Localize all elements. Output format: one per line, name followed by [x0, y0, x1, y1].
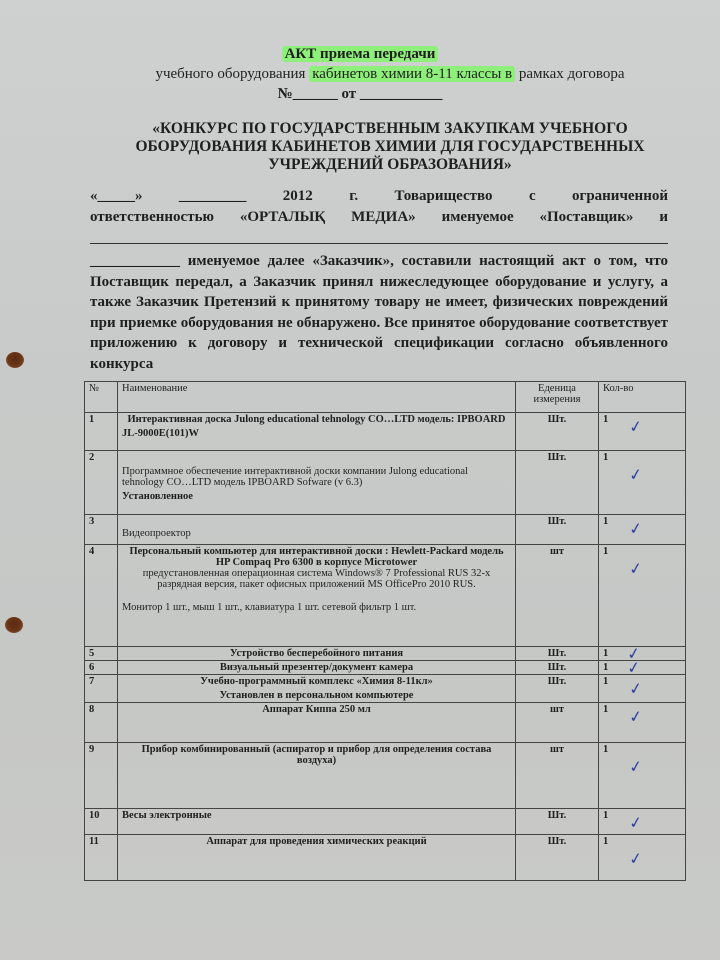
item-name: Визуальный презентер/документ камера [122, 662, 511, 673]
item-note: Монитор 1 шт., мыш 1 шт., клавиатура 1 ш… [122, 602, 511, 613]
row-number: 3 [85, 515, 118, 545]
table-header-row: № Наименование Еденица измерения Кол-во [85, 382, 686, 413]
qty-value: 1 [603, 676, 608, 687]
row-name-cell: Аппарат для проведения химических реакци… [118, 835, 516, 881]
table-row: 11Аппарат для проведения химических реак… [85, 835, 686, 881]
item-name: Видеопроектор [122, 528, 511, 539]
row-unit: Шт. [516, 835, 599, 881]
row-qty: 1✓ [599, 835, 686, 881]
equipment-table: № Наименование Еденица измерения Кол-во … [84, 381, 686, 881]
row-number: 5 [85, 647, 118, 661]
intro-line-1: «_____» _________ 2012 г. Товарищество с… [90, 186, 668, 207]
row-name-cell: Аппарат Киппа 250 мл [118, 703, 516, 743]
row-unit: Шт. [516, 647, 599, 661]
qty-value: 1 [603, 516, 608, 527]
row-unit: шт [516, 703, 599, 743]
subtitle-pre: учебного оборудования [155, 66, 309, 82]
row-qty: 1✓ [599, 661, 686, 675]
row-number: 7 [85, 675, 118, 703]
row-qty: 1✓ [599, 515, 686, 545]
row-qty: 1✓ [599, 545, 686, 647]
row-unit: Шт. [516, 675, 599, 703]
row-qty: 1✓ [599, 451, 686, 515]
item-name: Устройство бесперебойного питания [122, 648, 511, 659]
row-name-cell: Интерактивная доска Julong educational t… [118, 413, 516, 451]
row-name-cell: Визуальный презентер/документ камера [118, 661, 516, 675]
row-number: 4 [85, 545, 118, 647]
qty-value: 1 [603, 452, 608, 463]
handwritten-check-icon: ✓ [628, 464, 644, 485]
act-title: АКТ приема передачи [0, 46, 720, 63]
row-name-cell: Персональный компьютер для интерактивной… [118, 545, 516, 647]
handwritten-check-icon: ✓ [628, 558, 644, 579]
table-row: 7Учебно-программный комплекс «Химия 8-11… [85, 675, 686, 703]
row-unit: Шт. [516, 515, 599, 545]
table-row: 1Интерактивная доска Julong educational … [85, 413, 686, 451]
row-name-cell: Устройство бесперебойного питания [118, 647, 516, 661]
act-subtitle: учебного оборудования кабинетов химии 8-… [90, 66, 690, 83]
item-name: Прибор комбинированный (аспиратор и приб… [122, 744, 511, 766]
header-name: Наименование [118, 382, 516, 413]
row-number: 9 [85, 743, 118, 809]
row-unit: Шт. [516, 809, 599, 835]
contest-title: «КОНКУРС ПО ГОСУДАРСТВЕННЫМ ЗАКУПКАМ УЧЕ… [90, 120, 690, 174]
subtitle-post: рамках договора [515, 66, 624, 82]
qty-value: 1 [603, 836, 608, 847]
table-row: 8Аппарат Киппа 250 млшт1✓ [85, 703, 686, 743]
item-note: Установлен в персональном компьютере [122, 690, 511, 701]
qty-value: 1 [603, 744, 608, 755]
row-name-cell: Программное обеспечение интерактивной до… [118, 451, 516, 515]
row-unit: шт [516, 545, 599, 647]
row-unit: Шт. [516, 413, 599, 451]
item-detail: предустановленная операционная система W… [122, 568, 511, 590]
row-number: 10 [85, 809, 118, 835]
row-qty: 1✓ [599, 413, 686, 451]
punch-hole [5, 617, 23, 633]
item-name: Программное обеспечение интерактивной до… [122, 466, 511, 488]
qty-value: 1 [603, 546, 608, 557]
row-name-cell: Весы электронные [118, 809, 516, 835]
qty-value: 1 [603, 414, 608, 425]
item-name: Весы электронные [122, 810, 511, 821]
item-name: Аппарат для проведения химических реакци… [122, 836, 511, 847]
item-name: Учебно-программный комплекс «Химия 8-11к… [122, 676, 511, 687]
handwritten-check-icon: ✓ [628, 518, 644, 539]
row-unit: Шт. [516, 451, 599, 515]
contract-number-line: №______ от ___________ [0, 86, 720, 103]
item-name: Аппарат Киппа 250 мл [122, 704, 511, 715]
row-qty: 1✓ [599, 647, 686, 661]
qty-value: 1 [603, 704, 608, 715]
row-qty: 1✓ [599, 675, 686, 703]
row-number: 11 [85, 835, 118, 881]
header-num: № [85, 382, 118, 413]
row-name-cell: Учебно-программный комплекс «Химия 8-11к… [118, 675, 516, 703]
item-note: Установленное [122, 491, 511, 502]
row-number: 2 [85, 451, 118, 515]
qty-value: 1 [603, 648, 608, 659]
row-name-cell: Прибор комбинированный (аспиратор и приб… [118, 743, 516, 809]
row-number: 1 [85, 413, 118, 451]
row-qty: 1✓ [599, 703, 686, 743]
table-row: 5Устройство бесперебойного питанияШт.1✓ [85, 647, 686, 661]
punch-hole [6, 352, 24, 368]
row-name-cell: Видеопроектор [118, 515, 516, 545]
qty-value: 1 [603, 662, 608, 673]
scanned-document-page: АКТ приема передачи учебного оборудовани… [0, 0, 720, 960]
blank-line [90, 243, 668, 244]
item-name: Персональный компьютер для интерактивной… [122, 546, 511, 568]
item-name: Интерактивная доска Julong educational t… [122, 414, 511, 425]
table-row: 4Персональный компьютер для интерактивно… [85, 545, 686, 647]
subtitle-highlight: кабинетов химии 8-11 классы в [309, 66, 515, 82]
row-qty: 1✓ [599, 809, 686, 835]
handwritten-check-icon: ✓ [628, 678, 644, 699]
table-row: 2Программное обеспечение интерактивной д… [85, 451, 686, 515]
table-row: 10Весы электронныеШт.1✓ [85, 809, 686, 835]
row-number: 6 [85, 661, 118, 675]
qty-value: 1 [603, 810, 608, 821]
act-body-paragraph: ____________ именуемое далее «Заказчик»,… [90, 251, 668, 374]
row-unit: шт [516, 743, 599, 809]
handwritten-check-icon: ✓ [628, 416, 644, 437]
table-row: 9Прибор комбинированный (аспиратор и при… [85, 743, 686, 809]
handwritten-check-icon: ✓ [628, 812, 644, 833]
row-unit: Шт. [516, 661, 599, 675]
item-note: JL-9000E(101)W [122, 428, 511, 439]
intro-paragraph: «_____» _________ 2012 г. Товарищество с… [90, 186, 668, 227]
act-title-text: АКТ приема передачи [282, 46, 439, 62]
header-qty: Кол-во [599, 382, 686, 413]
table-row: 3ВидеопроекторШт.1✓ [85, 515, 686, 545]
handwritten-check-icon: ✓ [628, 848, 644, 869]
row-qty: 1✓ [599, 743, 686, 809]
header-unit: Еденица измерения [516, 382, 599, 413]
intro-line-2: ответственностью «ОРТАЛЫҚ МЕДИА» именуем… [90, 207, 668, 228]
row-number: 8 [85, 703, 118, 743]
handwritten-check-icon: ✓ [628, 706, 644, 727]
handwritten-check-icon: ✓ [628, 756, 644, 777]
table-row: 6Визуальный презентер/документ камераШт.… [85, 661, 686, 675]
